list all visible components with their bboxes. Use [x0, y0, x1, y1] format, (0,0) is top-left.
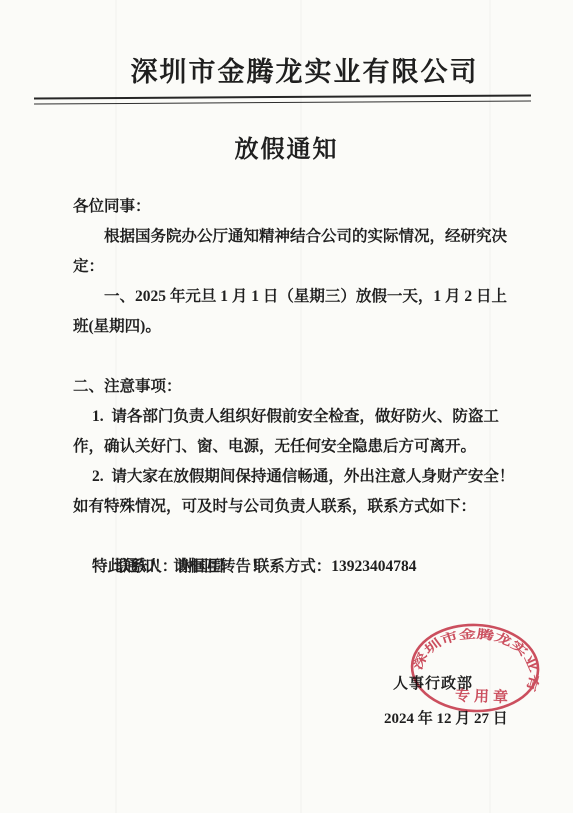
note2-line-2: 如有特殊情况，可及时与公司负责人联系，联系方式如下：	[73, 492, 518, 522]
section-heading: 二、注意事项：	[73, 372, 518, 402]
document-title: 放假通知	[0, 129, 573, 164]
header-double-rule	[34, 94, 531, 104]
notice-document-page: 深圳市金腾龙实业有限公司 放假通知 各位同事： 根据国务院办公厅通知精神结合公司…	[0, 0, 573, 813]
intro-line-2: 定：	[73, 252, 518, 282]
salutation-line: 各位同事：	[73, 192, 518, 222]
holiday-line-2: 班(星期四)。	[73, 312, 518, 342]
note1-line-1: 1. 请各部门负责人组织好假前安全检查，做好防火、防盗工	[73, 402, 518, 432]
notice-body: 各位同事： 根据国务院办公厅通知精神结合公司的实际情况，经研究决 定： 一、20…	[73, 192, 518, 582]
company-stamp: 深圳市金腾龙实业有限公司 专用章	[404, 618, 547, 723]
company-name: 深圳市金腾龙实业有限公司	[18, 50, 573, 89]
intro-line-1: 根据国务院办公厅通知精神结合公司的实际情况，经研究决	[73, 222, 518, 252]
holiday-line-1: 一、2025 年元旦 1 月 1 日（星期三）放假一天，1 月 2 日上	[73, 282, 518, 312]
department-signature: 人事行政部	[393, 672, 473, 693]
phone-number: 13923404784	[331, 558, 416, 575]
contact-line: 联系人：谢国围联系方式：13923404784	[73, 522, 518, 552]
note2-line-1: 2. 请大家在放假期间保持通信畅通，外出注意人身财产安全！	[73, 462, 518, 492]
note1-line-2: 作，确认关好门、窗、电源，无任何安全隐患后方可离开。	[73, 432, 518, 462]
